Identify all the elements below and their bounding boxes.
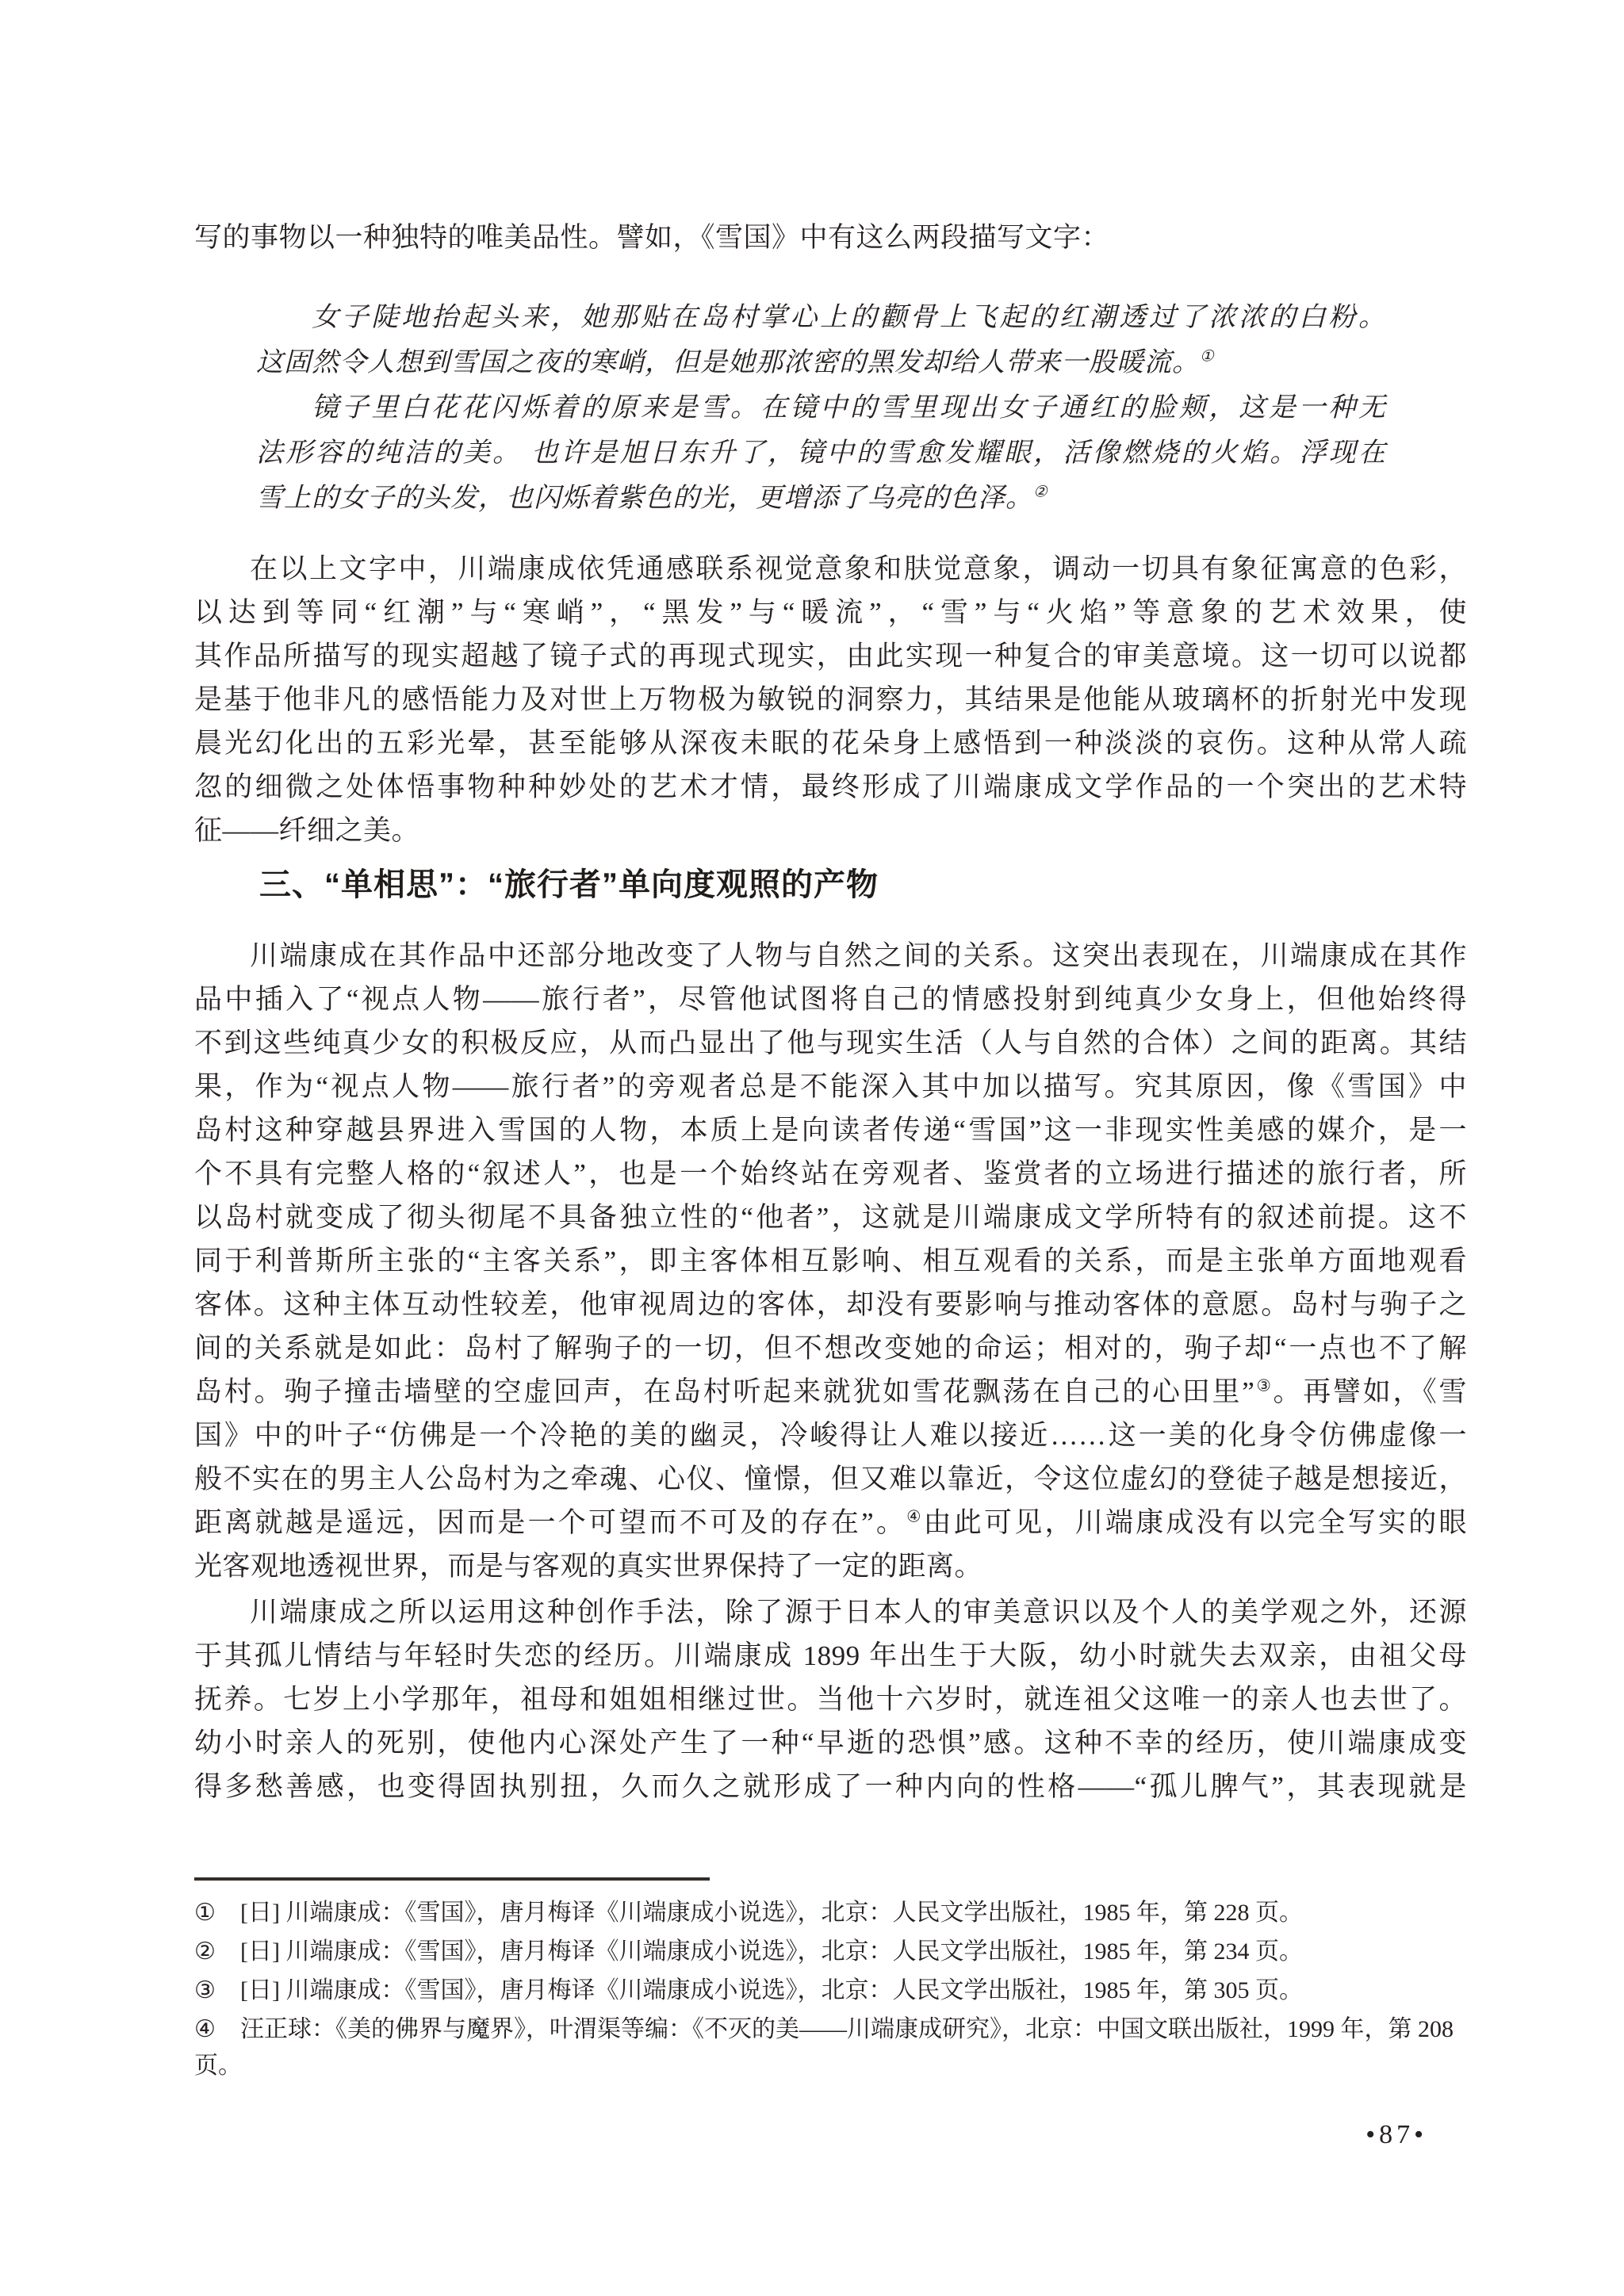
block-quote: 女子陡地抬起头来，她那贴在岛村掌心上的颧骨上飞起的红潮透过了浓浓的白粉。这固然令…: [256, 295, 1386, 521]
footnote-ref: ②: [1033, 484, 1048, 501]
intro-paragraph: 写的事物以一种独特的唯美品性。譬如，《雪国》中有这么两段描写文字：: [194, 216, 1467, 259]
paragraph-4: 川端康成之所以运用这种创作手法，除了源于日本人的审美意识以及个人的美学观之外，还…: [194, 1590, 1467, 1808]
text-line: 距离就越是遥远，因而是一个可望而不可及的存在”。④由此可见，川端康成没有以完全写…: [194, 1501, 1467, 1544]
text-line: 同于利普斯所主张的“主客关系”，即主客体相互影响、相互观看的关系，而是主张单方面…: [194, 1239, 1467, 1283]
footnote-ref: ①: [1200, 348, 1215, 365]
text-line: 品中插入了“视点人物——旅行者”，尽管他试图将自己的情感投射到纯真少女身上，但他…: [194, 978, 1467, 1021]
footnote-row: ③[日] 川端康成：《雪国》，唐月梅译《川端康成小说选》，北京：人民文学出版社，…: [194, 1973, 1467, 2009]
text-line: 果，作为“视点人物——旅行者”的旁观者总是不能深入其中加以描写。究其原因，像《雪…: [194, 1065, 1467, 1108]
footnote-marker: ④: [194, 2011, 240, 2048]
text-line: 是基于他非凡的感悟能力及对世上万物极为敏锐的洞察力，其结果是他能从玻璃杯的折射光…: [194, 678, 1467, 721]
footnote-text: [日] 川端康成：《雪国》，唐月梅译《川端康成小说选》，北京：人民文学出版社，1…: [240, 1977, 1303, 2003]
document-page: 写的事物以一种独特的唯美品性。譬如，《雪国》中有这么两段描写文字： 女子陡地抬起…: [0, 0, 1624, 2296]
footnote-marker: ③: [194, 1973, 240, 2009]
footnote-ref: ③: [1254, 1377, 1273, 1395]
text-line: 间的关系就是如此：岛村了解驹子的一切，但不想改变她的命运；相对的，驹子却“一点也…: [194, 1326, 1467, 1370]
footnote-ref: ④: [906, 1508, 923, 1525]
footnote-marker: ②: [194, 1934, 240, 1970]
text-line: 幼小时亲人的死别，使他内心深处产生了一种“早逝的恐惧”感。这种不幸的经历，使川端…: [194, 1721, 1467, 1765]
footnote-marker: ①: [194, 1895, 240, 1931]
text-line: 法形容的纯洁的美。 也许是旭日东升了，镜中的雪愈发耀眼，活像燃烧的火焰。浮现在: [256, 430, 1386, 476]
text-line: 在以上文字中，川端康成依凭通感联系视觉意象和肤觉意象，调动一切具有象征寓意的色彩…: [194, 547, 1467, 591]
section-heading: 三、“单相思”：“旅行者”单向度观照的产物: [259, 861, 879, 909]
text-line: 雪上的女子的头发，也闪烁着紫色的光，更增添了乌亮的色泽。②: [256, 476, 1386, 521]
footnote-text: [日] 川端康成：《雪国》，唐月梅译《川端康成小说选》，北京：人民文学出版社，1…: [240, 1900, 1303, 1926]
text-line: 岛村。驹子撞击墙壁的空虚回声，在岛村听起来就犹如雪花飘荡在自己的心田里”③。再譬…: [194, 1370, 1467, 1414]
footnote-row: ④汪正球：《美的佛界与魔界》，叶渭渠等编：《不灭的美——川端康成研究》，北京：中…: [194, 2011, 1467, 2084]
footnotes: ①[日] 川端康成：《雪国》，唐月梅译《川端康成小说选》，北京：人民文学出版社，…: [194, 1895, 1467, 2087]
text-line: 晨光幻化出的五彩光晕，甚至能够从深夜未眠的花朵身上感悟到一种淡淡的哀伤。这种从常…: [194, 721, 1467, 765]
text-line: 国》中的叶子“仿佛是一个冷艳的美的幽灵，冷峻得让人难以接近……这一美的化身令仿佛…: [194, 1414, 1467, 1457]
paragraph-2: 在以上文字中，川端康成依凭通感联系视觉意象和肤觉意象，调动一切具有象征寓意的色彩…: [194, 547, 1467, 852]
footnote-row: ②[日] 川端康成：《雪国》，唐月梅译《川端康成小说选》，北京：人民文学出版社，…: [194, 1934, 1467, 1970]
text-line: 写的事物以一种独特的唯美品性。譬如，《雪国》中有这么两段描写文字：: [194, 216, 1467, 259]
text-line: 于其孤儿情结与年轻时失恋的经历。川端康成 1899 年出生于大阪，幼小时就失去双…: [194, 1634, 1467, 1678]
footnote-row: ①[日] 川端康成：《雪国》，唐月梅译《川端康成小说选》，北京：人民文学出版社，…: [194, 1895, 1467, 1931]
text-line: 川端康成在其作品中还部分地改变了人物与自然之间的关系。这突出表现在，川端康成在其…: [194, 934, 1467, 978]
text-line: 这固然令人想到雪国之夜的寒峭，但是她那浓密的黑发却给人带来一股暖流。①: [256, 340, 1386, 385]
text-line: 般不实在的男主人公岛村为之牵魂、心仪、憧憬，但又难以靠近，令这位虚幻的登徒子越是…: [194, 1457, 1467, 1501]
footnote-text: 汪正球：《美的佛界与魔界》，叶渭渠等编：《不灭的美——川端康成研究》，北京：中国…: [194, 2016, 1454, 2079]
text-line: 征——纤细之美。: [194, 809, 1467, 852]
text-line: 女子陡地抬起头来，她那贴在岛村掌心上的颧骨上飞起的红潮透过了浓浓的白粉。: [256, 295, 1386, 340]
text-line: 镜子里白花花闪烁着的原来是雪。在镜中的雪里现出女子通红的脸颊，这是一种无: [256, 385, 1386, 430]
text-line: 不到这些纯真少女的积极反应，从而凸显出了他与现实生活（人与自然的合体）之间的距离…: [194, 1021, 1467, 1065]
text-line: 个不具有完整人格的“叙述人”，也是一个始终站在旁观者、鉴赏者的立场进行描述的旅行…: [194, 1152, 1467, 1196]
text-line: 忽的细微之处体悟事物种种妙处的艺术才情，最终形成了川端康成文学作品的一个突出的艺…: [194, 765, 1467, 809]
text-line: 得多愁善感，也变得固执别扭，久而久之就形成了一种内向的性格——“孤儿脾气”，其表…: [194, 1765, 1467, 1808]
footnote-separator: [194, 1877, 710, 1881]
text-line: 光客观地透视世界，而是与客观的真实世界保持了一定的距离。: [194, 1544, 1467, 1588]
text-line: 客体。这种主体互动性较差，他审视周边的客体，却没有要影响与推动客体的意愿。岛村与…: [194, 1283, 1467, 1326]
page-number: •87•: [1365, 2120, 1427, 2150]
text-line: 其作品所描写的现实超越了镜子式的再现式现实，由此实现一种复合的审美意境。这一切可…: [194, 634, 1467, 678]
text-line: 以达到等同“红潮”与“寒峭”，“黑发”与“暖流”，“雪”与“火焰”等意象的艺术效…: [194, 591, 1467, 634]
text-line: 抚养。七岁上小学那年，祖母和姐姐相继过世。当他十六岁时，就连祖父这唯一的亲人也去…: [194, 1678, 1467, 1721]
text-line: 川端康成之所以运用这种创作手法，除了源于日本人的审美意识以及个人的美学观之外，还…: [194, 1590, 1467, 1634]
paragraph-3: 川端康成在其作品中还部分地改变了人物与自然之间的关系。这突出表现在，川端康成在其…: [194, 934, 1467, 1588]
footnote-text: [日] 川端康成：《雪国》，唐月梅译《川端康成小说选》，北京：人民文学出版社，1…: [240, 1938, 1303, 1965]
text-line: 以岛村就变成了彻头彻尾不具备独立性的“他者”，这就是川端康成文学所特有的叙述前提…: [194, 1196, 1467, 1239]
text-line: 岛村这种穿越县界进入雪国的人物，本质上是向读者传递“雪国”这一非现实性美感的媒介…: [194, 1108, 1467, 1152]
